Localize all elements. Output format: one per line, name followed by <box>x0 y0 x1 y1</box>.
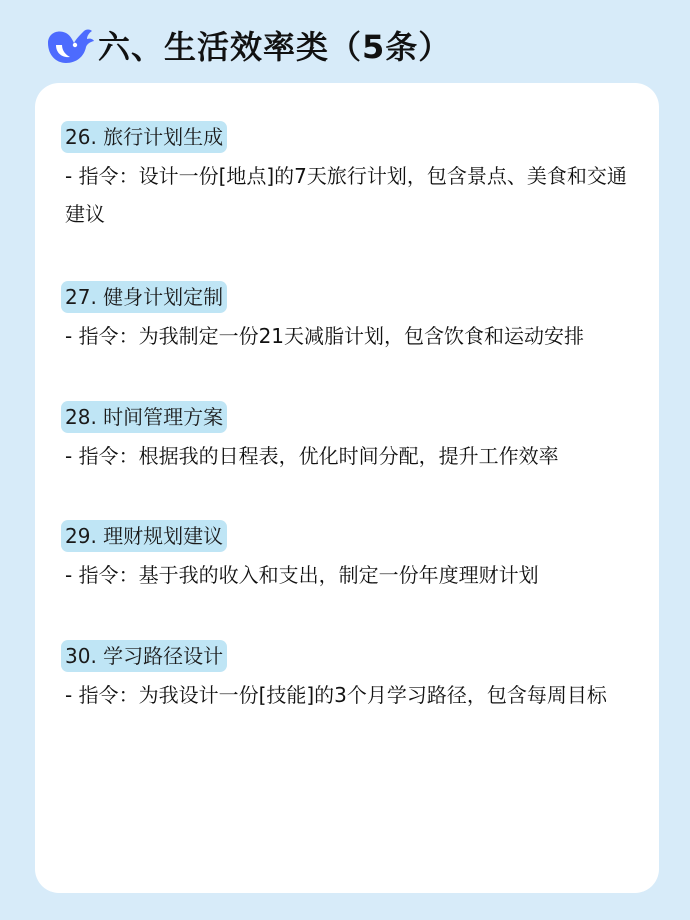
content-card: 26. 旅行计划生成 - 指令：设计一份[地点]的7天旅行计划，包含景点、美食和… <box>35 83 659 893</box>
list-item-29: 29. 理财规划建议 - 指令：基于我的收入和支出，制定一份年度理财计划 <box>61 520 639 594</box>
item-instruction: - 指令：为我制定一份21天减脂计划，包含饮食和运动安排 <box>61 317 639 355</box>
list-item-28: 28. 时间管理方案 - 指令：根据我的日程表，优化时间分配，提升工作效率 <box>61 401 639 475</box>
item-instruction: - 指令：为我设计一份[技能]的3个月学习路径，包含每周目标 <box>61 676 639 714</box>
item-title: 30. 学习路径设计 <box>61 640 227 672</box>
item-instruction: - 指令：根据我的日程表，优化时间分配，提升工作效率 <box>61 437 639 475</box>
item-instruction: - 指令：设计一份[地点]的7天旅行计划，包含景点、美食和交通建议 <box>61 157 639 233</box>
whale-logo-icon <box>42 25 96 65</box>
item-title: 26. 旅行计划生成 <box>61 121 227 153</box>
page-title: 六、生活效率类（5条） <box>98 22 451 68</box>
section-header: 六、生活效率类（5条） <box>42 20 451 70</box>
list-item-26: 26. 旅行计划生成 - 指令：设计一份[地点]的7天旅行计划，包含景点、美食和… <box>61 121 639 233</box>
list-item-27: 27. 健身计划定制 - 指令：为我制定一份21天减脂计划，包含饮食和运动安排 <box>61 281 639 355</box>
item-title: 27. 健身计划定制 <box>61 281 227 313</box>
item-title: 28. 时间管理方案 <box>61 401 227 433</box>
item-title: 29. 理财规划建议 <box>61 520 227 552</box>
list-item-30: 30. 学习路径设计 - 指令：为我设计一份[技能]的3个月学习路径，包含每周目… <box>61 640 639 714</box>
item-instruction: - 指令：基于我的收入和支出，制定一份年度理财计划 <box>61 556 639 594</box>
